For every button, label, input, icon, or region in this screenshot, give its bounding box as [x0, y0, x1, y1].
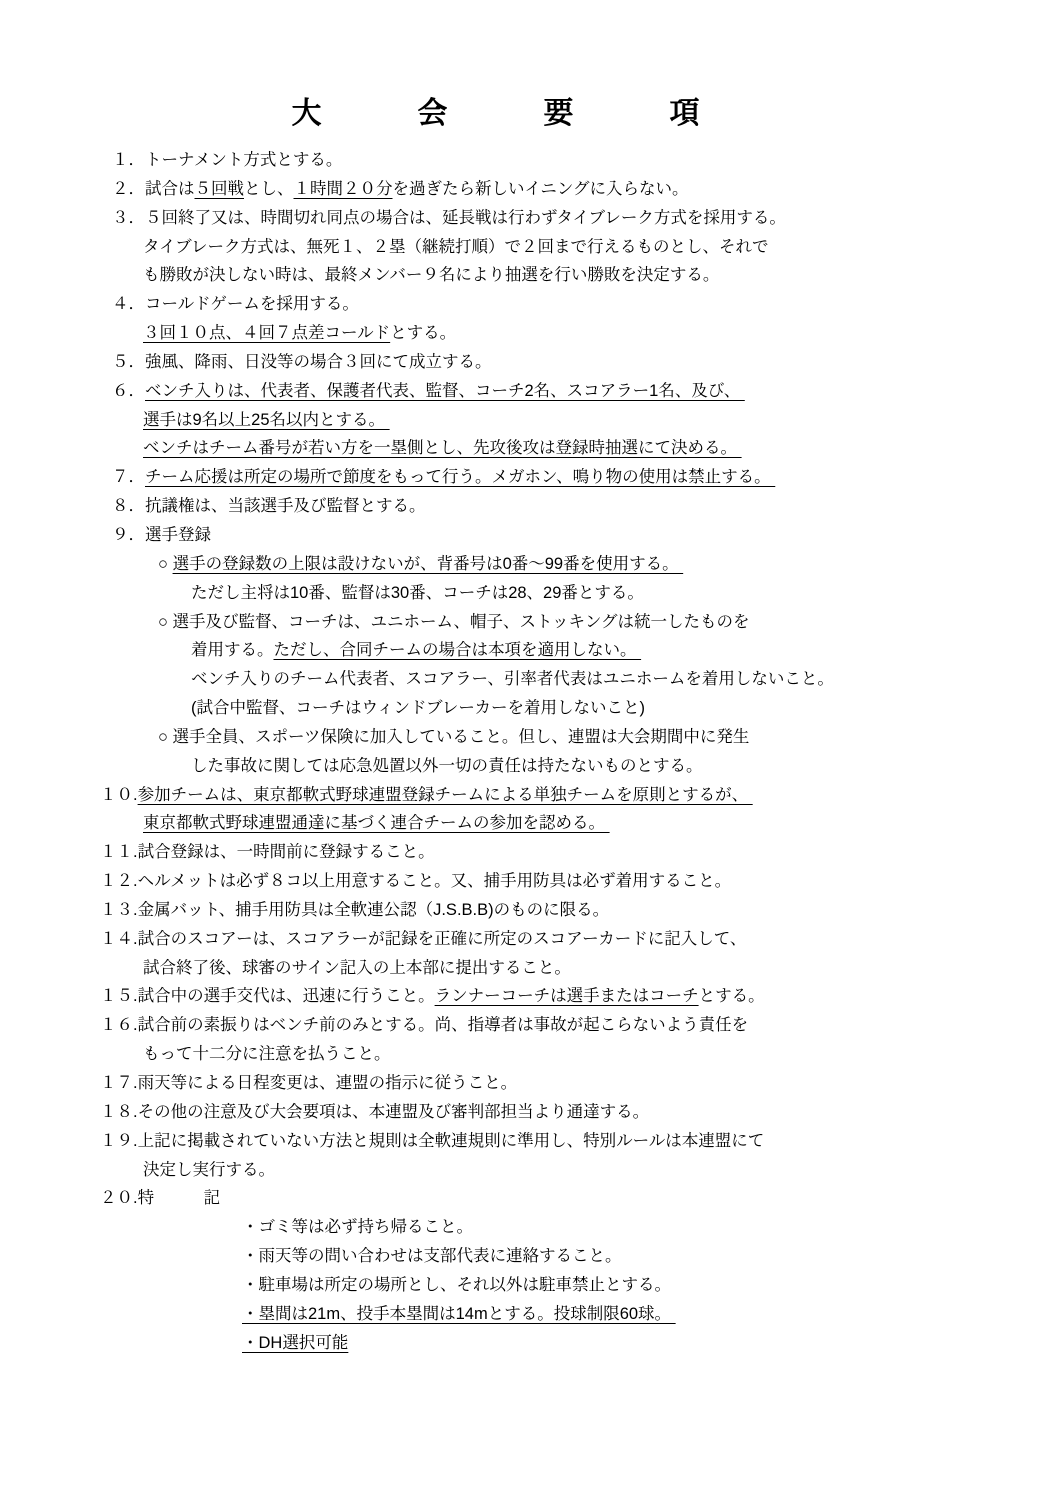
text-run: とし、	[244, 180, 294, 198]
text-run: ○ 選手及び監督、コーチは、ユニホーム、帽子、ストッキングは統一したものを	[158, 613, 750, 631]
underlined-text-run: ただし、合同チームの場合は本項を適用しない。	[274, 641, 642, 659]
doc-line: ・DH選択可能	[0, 1329, 1058, 1358]
text-run: １４.試合のスコアーは、スコアラーが記録を正確に所定のスコアーカードに記入して、	[100, 930, 746, 948]
text-run: ○ 選手全員、スポーツ保険に加入していること。但し、連盟は大会期間中に発生	[158, 728, 749, 746]
page-title: 大 会 要 項	[0, 88, 1058, 132]
text-run: (試合中監督、コーチはウィンドブレーカーを着用しないこと)	[191, 699, 645, 717]
text-run: １５.試合中の選手交代は、迅速に行うこと。	[100, 987, 435, 1005]
doc-line: ３回１０点、４回７点差コールドとする。	[0, 319, 1058, 348]
underlined-text-run: ベンチ入りは、代表者、保護者代表、監督、コーチ2名、スコアラー1名、及び、	[145, 382, 745, 400]
doc-line: １７.雨天等による日程変更は、連盟の指示に従うこと。	[0, 1069, 1058, 1098]
doc-line: ・駐車場は所定の場所とし、それ以外は駐車禁止とする。	[0, 1271, 1058, 1300]
underlined-text-run: ・DH選択可能	[242, 1334, 348, 1352]
underlined-text-run: 選手は9名以上25名以内とする。	[143, 411, 390, 429]
doc-line: ○ 選手全員、スポーツ保険に加入していること。但し、連盟は大会期間中に発生	[0, 723, 1058, 752]
document-page: 大 会 要 項 １．トーナメント方式とする。２．試合は５回戦とし、１時間２０分を…	[0, 0, 1058, 1497]
text-run: １２.ヘルメットは必ず８コ以上用意すること。又、捕手用防具は必ず着用すること。	[100, 872, 731, 890]
text-run: した事故に関しては応急処置以外一切の責任は持たないものとする。	[191, 757, 703, 775]
underlined-text-run: １時間２０分	[294, 180, 393, 198]
text-run: 試合終了後、球審のサイン記入の上本部に提出すること。	[143, 959, 571, 977]
underlined-text-run: ベンチはチーム番号が若い方を一塁側とし、先攻後攻は登録時抽選にて決める。	[143, 439, 742, 457]
text-run: タイブレーク方式は、無死１、２塁（継続打順）で２回まで行えるものとし、それで	[143, 238, 769, 256]
doc-line: ８．抗議権は、当該選手及び監督とする。	[0, 492, 1058, 521]
text-run: ２０.特 記	[100, 1189, 220, 1207]
doc-line: １９.上記に掲載されていない方法と規則は全軟連規則に準用し、特別ルールは本連盟に…	[0, 1127, 1058, 1156]
underlined-text-run: ５回戦	[195, 180, 245, 198]
doc-line: ９．選手登録	[0, 521, 1058, 550]
doc-line: 東京都軟式野球連盟通達に基づく連合チームの参加を認める。	[0, 809, 1058, 838]
text-run: ８．抗議権は、当該選手及び監督とする。	[112, 497, 426, 515]
doc-line: ○ 選手の登録数の上限は設けないが、背番号は0番～99番を使用する。	[0, 550, 1058, 579]
doc-line: １８.その他の注意及び大会要項は、本連盟及び審判部担当より通達する。	[0, 1098, 1058, 1127]
doc-line: した事故に関しては応急処置以外一切の責任は持たないものとする。	[0, 752, 1058, 781]
doc-line: １４.試合のスコアーは、スコアラーが記録を正確に所定のスコアーカードに記入して、	[0, 925, 1058, 954]
doc-line: もって十二分に注意を払うこと。	[0, 1040, 1058, 1069]
doc-line: ２０.特 記	[0, 1184, 1058, 1213]
text-run: ６．	[112, 382, 145, 400]
text-run: ４．コールドゲームを採用する。	[112, 295, 359, 313]
doc-line: (試合中監督、コーチはウィンドブレーカーを着用しないこと)	[0, 694, 1058, 723]
doc-line: ２．試合は５回戦とし、１時間２０分を過ぎたら新しいイニングに入らない。	[0, 175, 1058, 204]
doc-line: も勝敗が決しない時は、最終メンバー９名により抽選を行い勝敗を決定する。	[0, 261, 1058, 290]
text-run: ただし主将は10番、監督は30番、コーチは28、29番とする。	[191, 584, 644, 602]
text-run: １６.試合前の素振りはベンチ前のみとする。尚、指導者は事故が起こらないよう責任を	[100, 1016, 748, 1034]
underlined-text-run: 参加チームは、東京都軟式野球連盟登録チームによる単独チームを原則とするが、	[138, 786, 753, 804]
doc-line: ・塁間は21m、投手本塁間は14mとする。投球制限60球。	[0, 1300, 1058, 1329]
underlined-text-run: 東京都軟式野球連盟通達に基づく連合チームの参加を認める。	[143, 814, 610, 832]
doc-line: 選手は9名以上25名以内とする。	[0, 406, 1058, 435]
underlined-text-run: ３回１０点、４回７点差コールド	[143, 324, 390, 342]
doc-line: ・雨天等の問い合わせは支部代表に連絡すること。	[0, 1242, 1058, 1271]
doc-line: １．トーナメント方式とする。	[0, 146, 1058, 175]
doc-line: １０.参加チームは、東京都軟式野球連盟登録チームによる単独チームを原則とするが、	[0, 781, 1058, 810]
text-run: も勝敗が決しない時は、最終メンバー９名により抽選を行い勝敗を決定する。	[143, 266, 719, 284]
text-run: ・雨天等の問い合わせは支部代表に連絡すること。	[242, 1247, 622, 1265]
doc-line: ６．ベンチ入りは、代表者、保護者代表、監督、コーチ2名、スコアラー1名、及び、	[0, 377, 1058, 406]
doc-body: １．トーナメント方式とする。２．試合は５回戦とし、１時間２０分を過ぎたら新しいイ…	[0, 146, 1058, 1357]
text-run: ３．５回終了又は、時間切れ同点の場合は、延長戦は行わずタイブレーク方式を採用する…	[112, 209, 786, 227]
doc-line: 着用する。ただし、合同チームの場合は本項を適用しない。	[0, 636, 1058, 665]
text-run: ・駐車場は所定の場所とし、それ以外は駐車禁止とする。	[242, 1276, 671, 1294]
doc-line: １３.金属バット、捕手用防具は全軟連公認（J.S.B.B)のものに限る。	[0, 896, 1058, 925]
text-run: 着用する。	[191, 641, 274, 659]
doc-line: 決定し実行する。	[0, 1156, 1058, 1185]
text-run: ５．強風、降雨、日没等の場合３回にて成立する。	[112, 353, 492, 371]
underlined-text-run: 選手の登録数の上限は設けないが、背番号は0番～99番を使用する。	[173, 555, 684, 573]
underlined-text-run: ・塁間は21m、投手本塁間は14mとする。投球制限60球。	[242, 1305, 676, 1323]
text-run: １０.	[100, 786, 138, 804]
text-run: を過ぎたら新しいイニングに入らない。	[393, 180, 689, 198]
text-run: １．トーナメント方式とする。	[112, 151, 342, 169]
doc-line: ３．５回終了又は、時間切れ同点の場合は、延長戦は行わずタイブレーク方式を採用する…	[0, 204, 1058, 233]
doc-line: １１.試合登録は、一時間前に登録すること。	[0, 838, 1058, 867]
doc-line: タイブレーク方式は、無死１、２塁（継続打順）で２回まで行えるものとし、それで	[0, 233, 1058, 262]
text-run: もって十二分に注意を払うこと。	[143, 1045, 391, 1063]
underlined-text-run: チーム応援は所定の場所で節度をもって行う。メガホン、鳴り物の使用は禁止する。	[145, 468, 775, 486]
text-run: ベンチ入りのチーム代表者、スコアラー、引率者代表はユニホームを着用しないこと。	[191, 670, 834, 688]
text-run: １９.上記に掲載されていない方法と規則は全軟連規則に準用し、特別ルールは本連盟に…	[100, 1132, 764, 1150]
doc-line: ベンチ入りのチーム代表者、スコアラー、引率者代表はユニホームを着用しないこと。	[0, 665, 1058, 694]
doc-line: ５．強風、降雨、日没等の場合３回にて成立する。	[0, 348, 1058, 377]
text-run: ９．選手登録	[112, 526, 211, 544]
text-run: ７．	[112, 468, 145, 486]
doc-line: ・ゴミ等は必ず持ち帰ること。	[0, 1213, 1058, 1242]
text-run: １１.試合登録は、一時間前に登録すること。	[100, 843, 435, 861]
doc-line: ただし主将は10番、監督は30番、コーチは28、29番とする。	[0, 579, 1058, 608]
doc-line: １６.試合前の素振りはベンチ前のみとする。尚、指導者は事故が起こらないよう責任を	[0, 1011, 1058, 1040]
underlined-text-run: ランナーコーチは選手またはコーチ	[435, 987, 699, 1005]
text-run: とする。	[699, 987, 765, 1005]
doc-line: １２.ヘルメットは必ず８コ以上用意すること。又、捕手用防具は必ず着用すること。	[0, 867, 1058, 896]
text-run: １８.その他の注意及び大会要項は、本連盟及び審判部担当より通達する。	[100, 1103, 649, 1121]
text-run: 決定し実行する。	[143, 1161, 275, 1179]
doc-line: 試合終了後、球審のサイン記入の上本部に提出すること。	[0, 954, 1058, 983]
text-run: １３.金属バット、捕手用防具は全軟連公認（J.S.B.B)のものに限る。	[100, 901, 609, 919]
text-run: ・ゴミ等は必ず持ち帰ること。	[242, 1218, 473, 1236]
text-run: ２．試合は	[112, 180, 195, 198]
doc-line: ４．コールドゲームを採用する。	[0, 290, 1058, 319]
text-run: １７.雨天等による日程変更は、連盟の指示に従うこと。	[100, 1074, 517, 1092]
doc-line: １５.試合中の選手交代は、迅速に行うこと。ランナーコーチは選手またはコーチとする…	[0, 982, 1058, 1011]
doc-line: ベンチはチーム番号が若い方を一塁側とし、先攻後攻は登録時抽選にて決める。	[0, 434, 1058, 463]
text-run: とする。	[390, 324, 456, 342]
text-run: ○	[158, 555, 173, 573]
doc-line: ○ 選手及び監督、コーチは、ユニホーム、帽子、ストッキングは統一したものを	[0, 608, 1058, 637]
doc-line: ７．チーム応援は所定の場所で節度をもって行う。メガホン、鳴り物の使用は禁止する。	[0, 463, 1058, 492]
